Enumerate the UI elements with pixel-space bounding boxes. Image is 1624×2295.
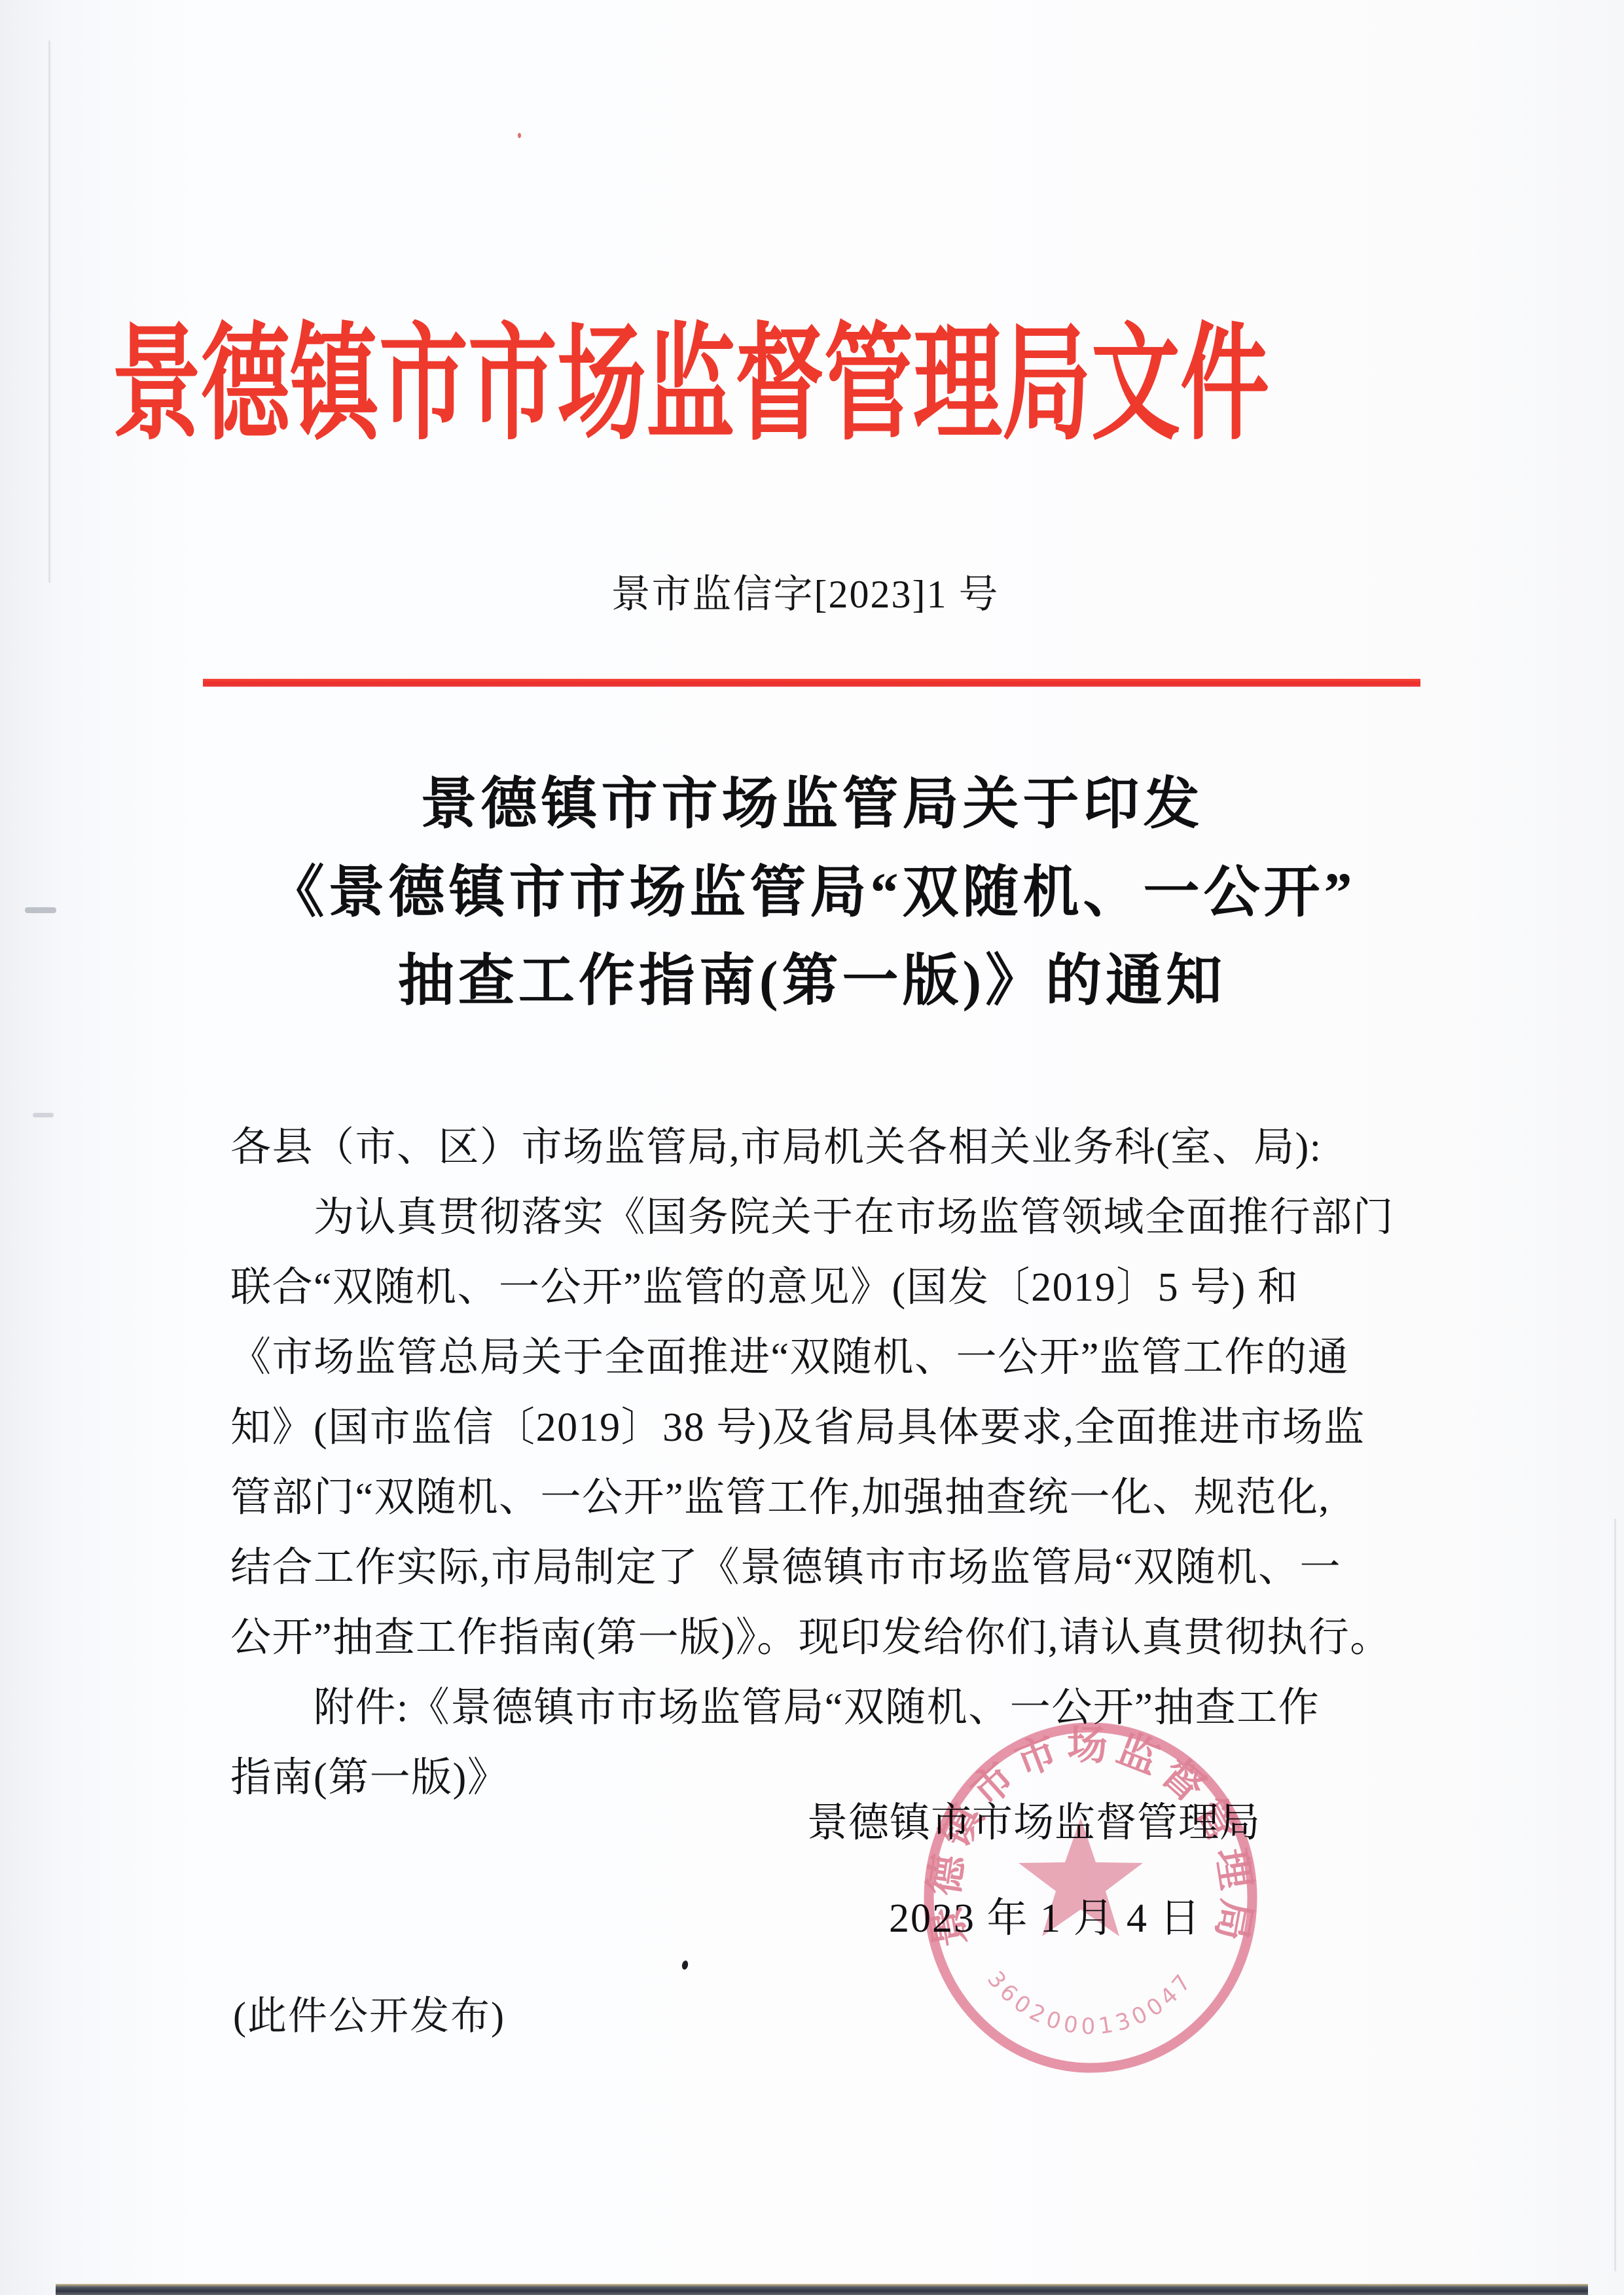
body-line: 公开”抽查工作指南(第一版)》。现印发给你们,请认真贯彻执行。 bbox=[230, 1603, 1392, 1673]
letterhead-title: 景德镇市市场监督管理局文件 bbox=[0, 281, 1381, 463]
body-line: 为认真贯彻落实《国务院关于在市场监管领域全面推行部门 bbox=[230, 1183, 1392, 1253]
document-title-line-3: 抽查工作指南(第一版)》的通知 bbox=[0, 935, 1624, 1016]
red-divider-rule bbox=[203, 679, 1420, 687]
salutation-line: 各县（市、区）市场监管局,市局机关各相关业务科(室、局): bbox=[230, 1113, 1392, 1183]
scan-artifact-right-crease bbox=[1614, 1519, 1616, 2271]
document-title-line-2: 《景德镇市市场监管局“双随机、一公开” bbox=[0, 846, 1624, 928]
body-line: 《市场监管总局关于全面推进“双随机、一公开”监管工作的通 bbox=[230, 1323, 1392, 1393]
scan-artifact-edge-mark bbox=[25, 907, 56, 913]
scan-artifact-red-speck bbox=[518, 133, 521, 138]
body-line: 联合“双随机、一公开”监管的意见》(国发〔2019〕5 号) 和 bbox=[230, 1253, 1392, 1323]
seal-org-text: 景德镇市市场监督管理局 bbox=[922, 1724, 1259, 1951]
scan-artifact-bottom-edge bbox=[56, 2284, 1588, 2295]
seal-code-text: 3602000130047 bbox=[982, 1966, 1199, 2040]
scanned-official-document: { "page": { "header": { "title": "景德镇市市场… bbox=[0, 0, 1624, 2295]
public-release-note: (此件公开发布) bbox=[233, 1985, 505, 2041]
scan-artifact-left-crease bbox=[48, 41, 50, 583]
body-line: 管部门“双随机、一公开”监管工作,加强抽查统一化、规范化, bbox=[230, 1463, 1392, 1533]
document-number: 景市监信字[2023]1 号 bbox=[0, 563, 1610, 619]
body-line: 结合工作实际,市局制定了《景德镇市市场监管局“双随机、一 bbox=[230, 1533, 1392, 1603]
body-line: 知》(国市监信〔2019〕38 号)及省局具体要求,全面推进市场监 bbox=[230, 1393, 1392, 1463]
document-title-line-1: 景德镇市市场监管局关于印发 bbox=[0, 758, 1624, 839]
scan-artifact-ink-dot bbox=[681, 1960, 689, 1970]
official-seal: 景德镇市市场监督管理局 3602000130047 bbox=[920, 1718, 1261, 2077]
seal-star-icon bbox=[1019, 1818, 1143, 1936]
scan-artifact-edge-mark bbox=[33, 1113, 54, 1117]
body-text: 各县（市、区）市场监管局,市局机关各相关业务科(室、局): 为认真贯彻落实《国务… bbox=[230, 1113, 1392, 1813]
